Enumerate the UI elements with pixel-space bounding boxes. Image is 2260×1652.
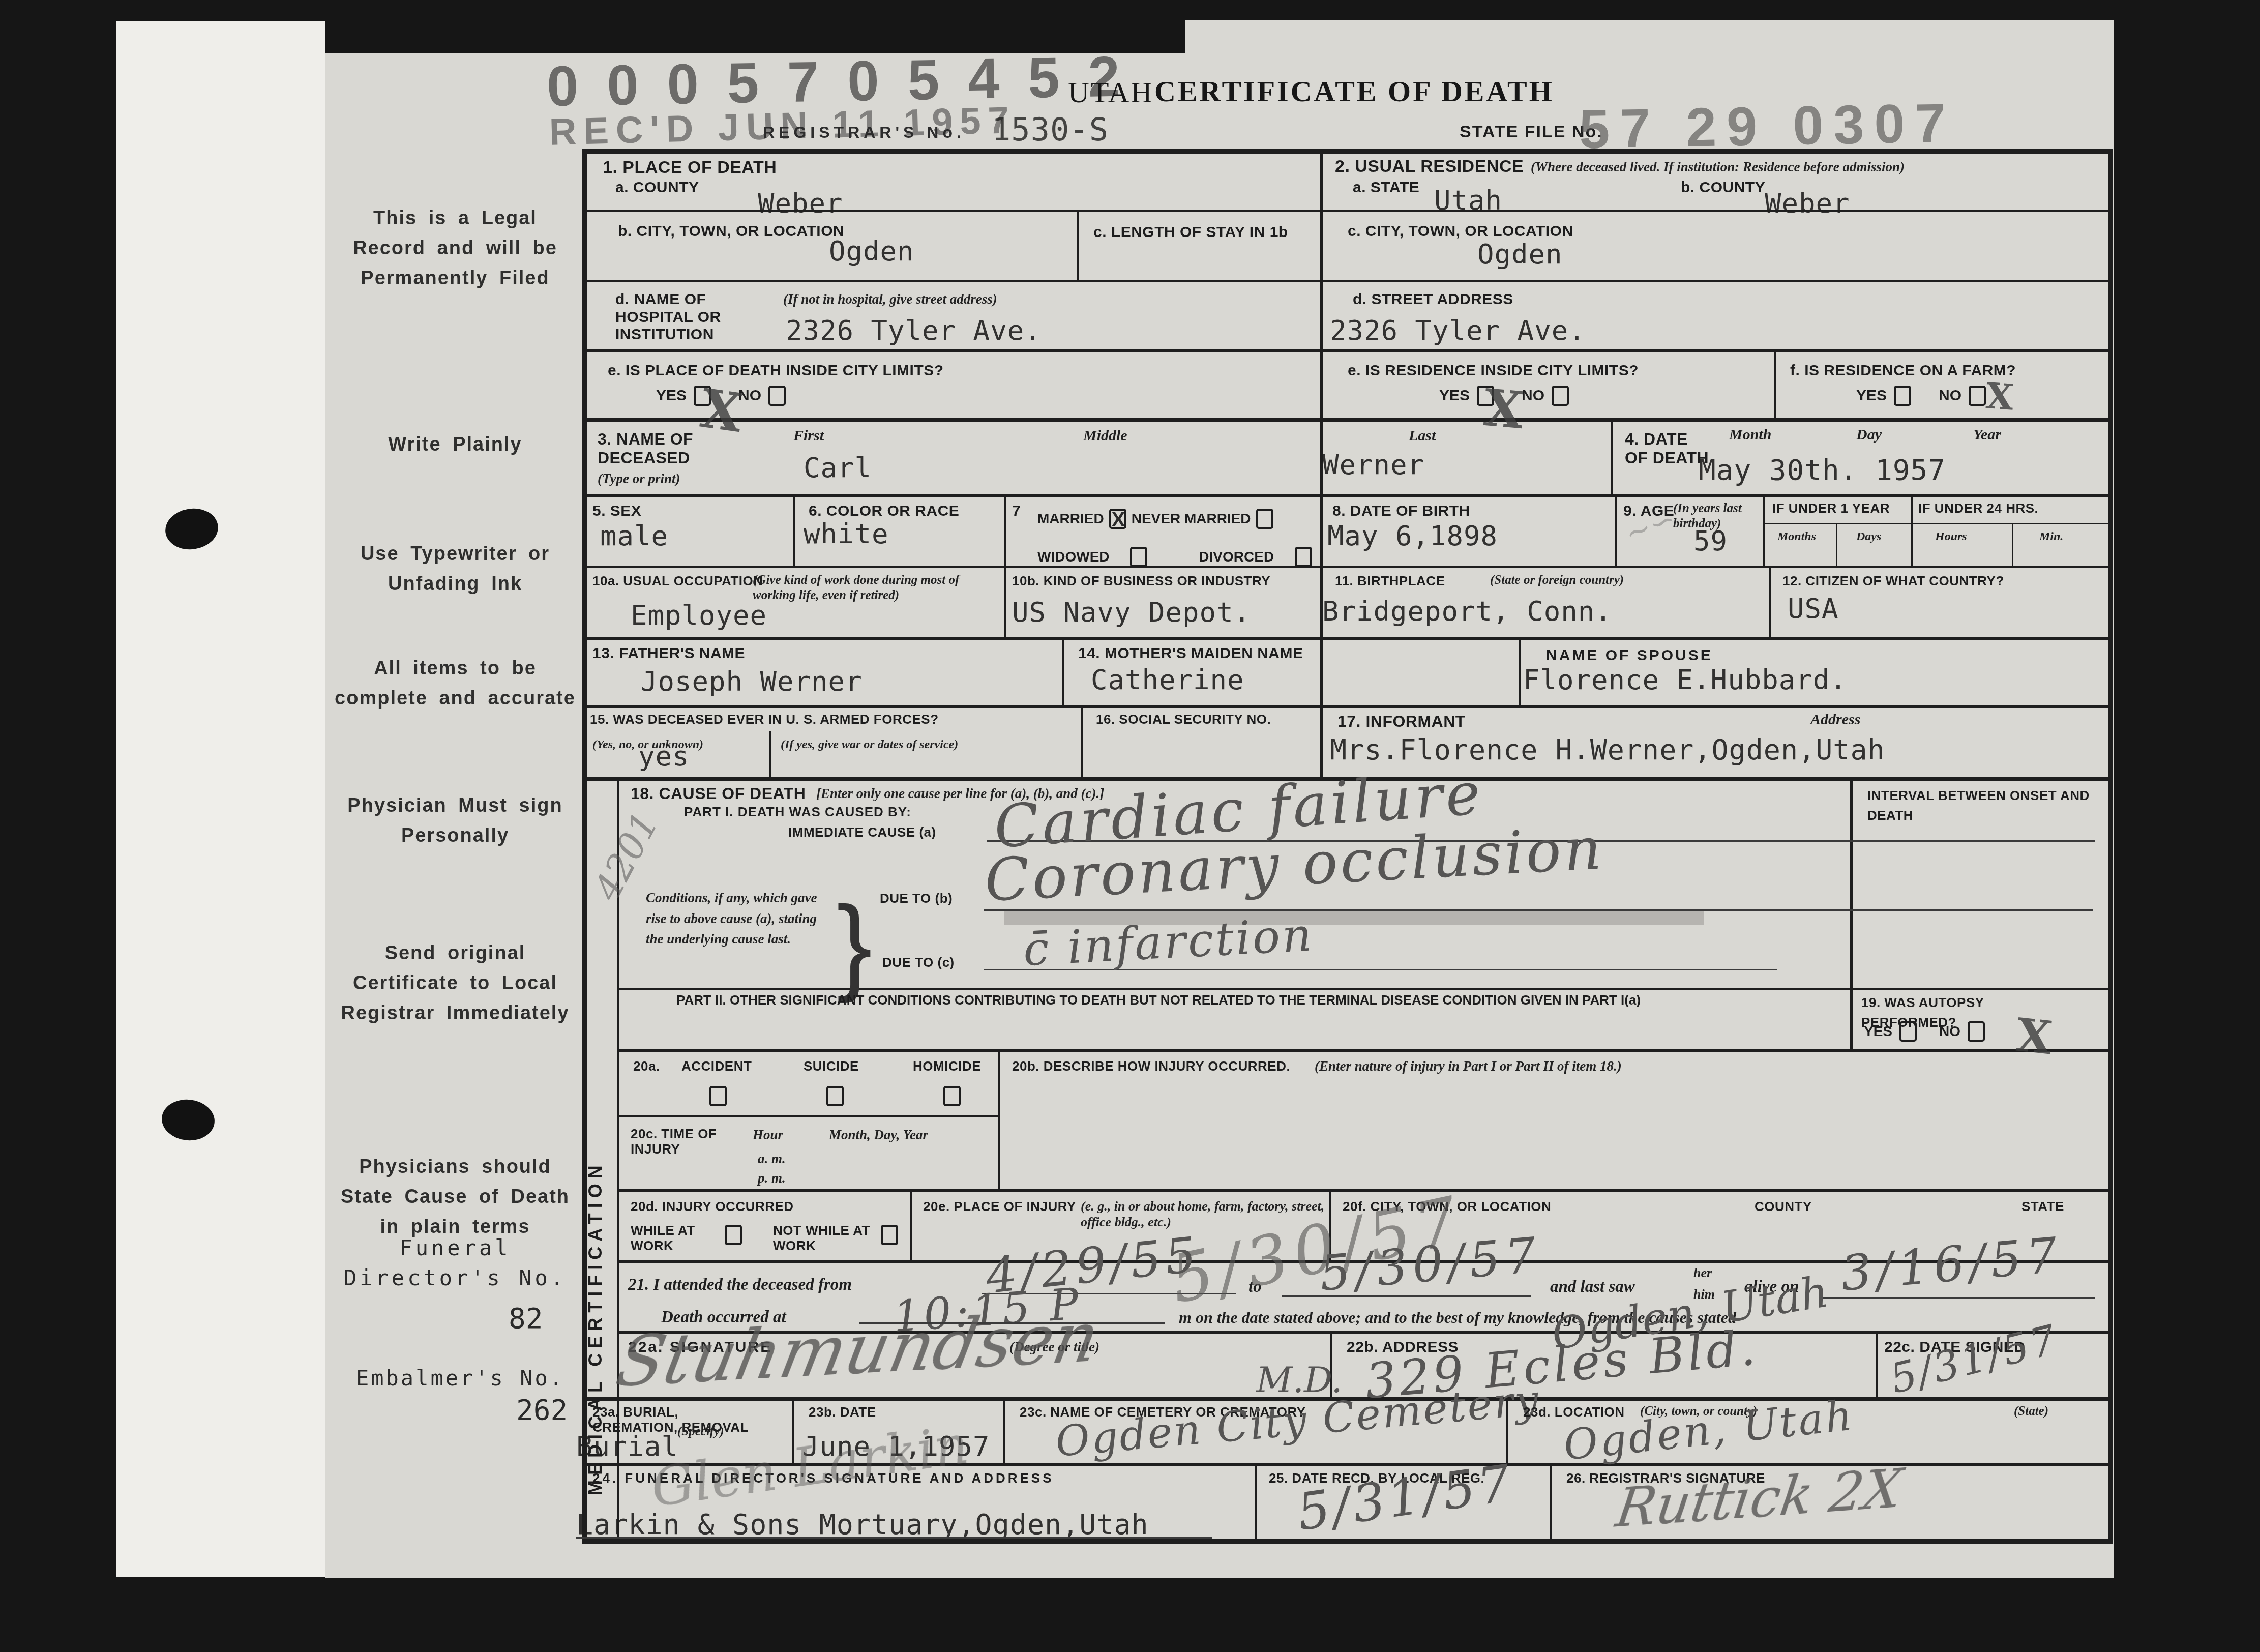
- s20d-notwhile-label: NOT WHILE AT WORK: [773, 1223, 880, 1254]
- line-r7: [582, 637, 2108, 640]
- s2b-value: Weber: [1765, 187, 1850, 219]
- s14-value: Catherine: [1091, 664, 1244, 696]
- vline-20de: [910, 1189, 912, 1261]
- s17-label: 17. INFORMANT: [1337, 712, 1466, 731]
- embalmer-no-label: Embalmer's No.: [341, 1366, 580, 1391]
- vline-1314: [1062, 637, 1064, 707]
- s2b-label: b. COUNTY: [1681, 179, 1765, 197]
- vline-89: [1615, 494, 1617, 567]
- s7-never-label: NEVER MARRIED: [1132, 511, 1251, 527]
- registrar-no-value: 1530-S: [992, 111, 1109, 148]
- line-age-sub: [1763, 523, 2112, 524]
- s7-never-checkbox: [1256, 509, 1273, 529]
- s9-months-head: Months: [1777, 530, 1816, 544]
- form-border-top: [582, 149, 2112, 154]
- s1e-yes-label: YES: [656, 387, 687, 404]
- s1d-value: 2326 Tyler Ave.: [786, 314, 1042, 346]
- vline-22bc: [1876, 1331, 1878, 1399]
- vline-2526: [1550, 1463, 1552, 1541]
- s10b-label: 10b. KIND OF BUSINESS OR INDUSTRY: [1012, 574, 1317, 589]
- vline-9b: [1911, 494, 1913, 567]
- s3-middle-head: Middle: [1083, 427, 1127, 445]
- s15-value: yes: [638, 740, 690, 772]
- s4-month-head: Month: [1729, 426, 1771, 444]
- s7-divorced-label: DIVORCED: [1199, 549, 1274, 565]
- s20b-paren: (Enter nature of injury in Part I or Par…: [1315, 1058, 1622, 1074]
- s18-interval-label: INTERVAL BETWEEN ONSET AND DEATH: [1867, 786, 2096, 825]
- s20c-hour-head: Hour: [753, 1127, 783, 1143]
- s14b-value: Florence E.Hubbard.: [1523, 664, 1847, 696]
- s11-paren: (State or foreign country): [1490, 573, 1624, 588]
- s5-value: male: [600, 520, 668, 552]
- s14b-label: NAME OF SPOUSE: [1546, 647, 1713, 665]
- s12-label: 12. CITIZEN OF WHAT COUNTRY?: [1782, 574, 2004, 589]
- s2-title: 2. USUAL RESIDENCE: [1335, 157, 1524, 176]
- s3-first-head: First: [793, 427, 824, 445]
- s9-hours-head: Hours: [1935, 530, 1967, 544]
- funeral-director-no-label: Funeral Director's No.: [336, 1233, 575, 1293]
- s2d-value: 2326 Tyler Ave.: [1330, 314, 1586, 346]
- s1e-label: e. IS PLACE OF DEATH INSIDE CITY LIMITS?: [608, 362, 944, 380]
- margin-note-typewriter: Use Typewriter or Unfading Ink: [333, 539, 577, 599]
- line-r11: [618, 1049, 2112, 1052]
- s20f-county-head: COUNTY: [1755, 1199, 1812, 1215]
- s18-part1-label: PART I. DEATH WAS CAUSED BY:: [684, 805, 911, 820]
- s21-lastsaw-text: and last saw: [1550, 1278, 1635, 1296]
- s2f-label: f. IS RESIDENCE ON A FARM?: [1790, 362, 2016, 380]
- s18-immediate-label: IMMEDIATE CAUSE (a): [788, 825, 936, 840]
- s9-under24-label: IF UNDER 24 HRS.: [1918, 501, 2038, 516]
- s7-num: 7: [1012, 503, 1021, 520]
- s10a-value: Employee: [631, 599, 767, 631]
- margin-note-complete: All items to be complete and accurate: [333, 654, 577, 714]
- s20b-label: 20b. DESCRIBE HOW INJURY OCCURRED.: [1012, 1059, 1290, 1074]
- line-r13: [618, 1189, 2112, 1192]
- s7-divorced-checkbox: [1295, 547, 1312, 567]
- s3-last-value: Werner: [1322, 449, 1424, 481]
- s5-label: 5. SEX: [592, 503, 641, 520]
- line-r3: [582, 349, 2108, 352]
- s2f-no-checkbox: [1969, 386, 1986, 406]
- s13-label: 13. FATHER'S NAME: [592, 645, 745, 663]
- s1d-paren: (If not in hospital, give street address…: [783, 291, 997, 307]
- scanned-death-certificate: 0005705452 REC'D JUN 11 1957 REGISTRAR'S…: [0, 0, 2260, 1652]
- s1c-label: c. LENGTH OF STAY IN 1b: [1093, 224, 1307, 242]
- line-r2: [582, 280, 2108, 282]
- s20c-am-label: a. m.: [758, 1150, 786, 1167]
- registrar-no-label: REGISTRAR'S No.: [763, 123, 965, 142]
- s19-yes-checkbox: [1899, 1021, 1917, 1042]
- vline-56: [793, 494, 795, 567]
- s8-value: May 6,1898: [1327, 520, 1498, 552]
- s4-year-head: Year: [1973, 426, 2001, 444]
- vline-67: [1004, 494, 1006, 567]
- s20a-accident-checkbox: [709, 1086, 727, 1106]
- margin-note-write-plainly: Write Plainly: [333, 430, 577, 460]
- s21-her-text: her: [1693, 1265, 1712, 1281]
- s2-paren: (Where deceased lived. If institution: R…: [1531, 159, 2105, 175]
- s19-choices: YES NO: [1864, 1021, 1985, 1042]
- vline-15sub: [769, 731, 771, 778]
- s20e-label: 20e. PLACE OF INJURY: [923, 1199, 1076, 1215]
- s9-under1yr-label: IF UNDER 1 YEAR: [1772, 501, 1890, 516]
- form-title-certificate: CERTIFICATE OF DEATH: [1154, 74, 1554, 108]
- margin-note-send-original: Send original Certificate to Local Regis…: [333, 938, 577, 1028]
- s1-title: 1. PLACE OF DEATH: [603, 158, 777, 178]
- s20a-accident-label: ACCIDENT: [681, 1059, 752, 1074]
- rule-s24: [576, 1537, 1212, 1539]
- s7-widowed-label: WIDOWED: [1037, 549, 1110, 565]
- s20c-label: 20c. TIME OF INJURY: [631, 1127, 717, 1157]
- s20a-homicide-label: HOMICIDE: [913, 1059, 981, 1074]
- vline-1516: [1081, 705, 1083, 778]
- margin-note-legal-record: This is a Legal Record and will be Perma…: [333, 203, 577, 293]
- line-r6: [582, 566, 2108, 568]
- s24-typed-value: Larkin & Sons Mortuary,Ogden,Utah: [576, 1508, 1149, 1541]
- vline-hours-min: [2012, 523, 2013, 567]
- vline-10ab: [1004, 566, 1006, 638]
- s18-due-b-label: DUE TO (b): [880, 891, 953, 906]
- rule-to-date: [1282, 1295, 1531, 1297]
- s10a-label: 10a. USUAL OCCUPATION: [592, 574, 763, 589]
- s18-brace: }: [837, 882, 873, 1006]
- s10a-paren: (Give kind of work done during most of w…: [753, 573, 997, 603]
- s1b-label: b. CITY, TOWN, OR LOCATION: [618, 223, 844, 241]
- s15-paren2: (If yes, give war or dates of service): [781, 737, 958, 752]
- vline-23bc: [1003, 1397, 1005, 1465]
- s19-yes-label: YES: [1864, 1023, 1892, 1040]
- s1a-label: a. COUNTY: [615, 179, 699, 197]
- s11-label: 11. BIRTHPLACE: [1335, 574, 1445, 589]
- s20f-state-head: STATE: [2021, 1199, 2064, 1215]
- s14-label: 14. MOTHER'S MAIDEN NAME: [1078, 645, 1303, 663]
- vline-14sp: [1519, 637, 1521, 707]
- s23d-paren2: (State): [2014, 1404, 2048, 1419]
- s20d-label: 20d. INJURY OCCURRED: [631, 1199, 794, 1215]
- s2c-value: Ogden: [1477, 238, 1563, 270]
- s21-pre-text: 21. I attended the deceased from: [628, 1276, 852, 1294]
- s19-no-checkbox: [1968, 1021, 1985, 1042]
- s7-widowed-checkbox: [1130, 547, 1147, 567]
- margin-note-plain-terms: Physicians should State Cause of Death i…: [333, 1152, 577, 1242]
- s16-label: 16. SOCIAL SECURITY NO.: [1096, 712, 1289, 727]
- s1d-label: d. NAME OF HOSPITAL OR INSTITUTION: [615, 291, 748, 344]
- s20a-suicide-checkbox: [826, 1086, 844, 1106]
- embalmer-no-value: 262: [516, 1394, 568, 1427]
- s23a-paren: (Specify): [677, 1424, 724, 1439]
- vline-interval: [1850, 777, 1853, 1051]
- s7-married-row: MARRIED X NEVER MARRIED: [1037, 509, 1273, 529]
- s20d-while-checkbox: [725, 1225, 742, 1245]
- form-border-right: [2108, 149, 2113, 1544]
- vline-2425: [1255, 1463, 1257, 1541]
- vline-months-days: [1836, 523, 1837, 567]
- vline-farm: [1774, 349, 1776, 421]
- s1a-value: Weber: [758, 187, 843, 219]
- s2f-choices: YES NO: [1856, 386, 1986, 406]
- vline-34: [1611, 418, 1613, 497]
- s15-label: 15. WAS DECEASED EVER IN U. S. ARMED FOR…: [590, 712, 939, 727]
- s1b-value: Ogden: [829, 235, 914, 267]
- s4-day-head: Day: [1856, 426, 1882, 444]
- s6-value: white: [804, 518, 889, 550]
- s2e-yes-label: YES: [1439, 387, 1470, 404]
- s20a-homicide-checkbox: [943, 1086, 961, 1106]
- margin-note-physician-sign: Physician Must sign Personally: [333, 791, 577, 851]
- s7-married-xmark: X: [1112, 509, 1125, 532]
- s2e-no-checkbox: [1552, 386, 1569, 406]
- line-r12: [618, 1115, 1000, 1117]
- s2e-yes-xmark: X: [1481, 377, 1526, 440]
- s20c-pm-label: p. m.: [758, 1170, 786, 1186]
- s1e-no-checkbox: [768, 386, 786, 406]
- line-r8: [582, 705, 2108, 708]
- s20a-num: 20a.: [633, 1059, 660, 1074]
- s8-label: 8. DATE OF BIRTH: [1332, 503, 1470, 520]
- s13-value: Joseph Werner: [641, 665, 863, 697]
- s3-paren: (Type or print): [598, 470, 680, 487]
- s18-part2-label: PART II. OTHER SIGNIFICANT CONDITIONS CO…: [676, 993, 1846, 1008]
- s4-value: May 30th. 1957: [1699, 454, 1946, 487]
- s2a-value: Utah: [1434, 184, 1502, 216]
- s9-min-head: Min.: [2039, 530, 2063, 544]
- s2e-label: e. IS RESIDENCE INSIDE CITY LIMITS?: [1348, 362, 1639, 380]
- s19-no-label: NO: [1939, 1023, 1960, 1040]
- s9-value: 59: [1693, 525, 1728, 557]
- s2f-no-label: NO: [1939, 387, 1961, 404]
- s7-married-checkbox: X: [1109, 509, 1126, 529]
- s20c-mdy-head: Month, Day, Year: [829, 1127, 928, 1143]
- line-r4: [582, 418, 2108, 422]
- s3-last-head: Last: [1409, 427, 1436, 445]
- s7-married-label: MARRIED: [1037, 511, 1104, 527]
- s20a-suicide-label: SUICIDE: [804, 1059, 859, 1074]
- s3-first-value: Carl: [804, 452, 872, 484]
- s9-days-head: Days: [1856, 530, 1881, 544]
- s20d-notwhile-checkbox: [881, 1225, 898, 1245]
- s19-no-xmark: X: [2014, 1008, 2055, 1066]
- s11-value: Bridgeport, Conn.: [1322, 595, 1612, 627]
- s12-value: USA: [1788, 593, 1839, 625]
- s20d-while-label: WHILE AT WORK: [631, 1223, 712, 1254]
- rule-alive-date: [1821, 1297, 2095, 1299]
- s18-label: 18. CAUSE OF DEATH: [631, 784, 806, 803]
- vline-1c: [1077, 210, 1079, 281]
- s2f-yes-label: YES: [1856, 387, 1887, 404]
- s2a-label: a. STATE: [1353, 179, 1419, 197]
- s17-value: Mrs.Florence H.Werner,Ogden,Utah: [1330, 733, 1885, 766]
- s10b-value: US Navy Depot.: [1012, 596, 1251, 628]
- s2f-yes-checkbox: [1894, 386, 1911, 406]
- s17-address-head: Address: [1810, 711, 1860, 728]
- s3-label: 3. NAME OF DECEASED: [598, 430, 720, 467]
- s18-due-c-label: DUE TO (c): [882, 955, 955, 970]
- funeral-director-no-value: 82: [509, 1302, 543, 1335]
- line-r5: [582, 494, 2108, 497]
- vline-1112: [1769, 566, 1771, 638]
- backing-paper-strip: [116, 21, 351, 1577]
- s23b-label: 23b. DATE: [809, 1405, 876, 1420]
- rule-cause-b: [984, 909, 2093, 911]
- s2d-label: d. STREET ADDRESS: [1353, 291, 1513, 309]
- s18-conditions-note: Conditions, if any, which gave rise to a…: [646, 888, 824, 950]
- s2f-no-xmark: X: [1984, 374, 2015, 419]
- form-title-utah: UTAH: [1068, 75, 1153, 109]
- s7-widowed-row: WIDOWED DIVORCED: [1037, 547, 1312, 567]
- medical-certification-vertical-label: MEDICAL CERTIFICATION: [585, 834, 606, 1495]
- vline-20ab: [998, 1049, 1000, 1191]
